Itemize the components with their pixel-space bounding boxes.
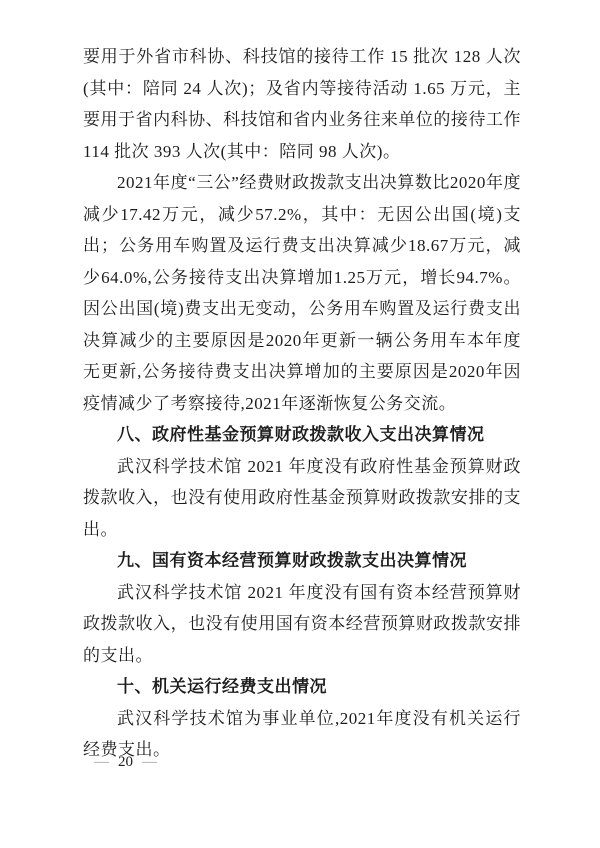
footer-dash-left: — (94, 752, 109, 772)
paragraph-three-public-expenses: 2021年度“三公”经费财政拨款支出决算数比2020年度减少17.42万元，减少… (83, 167, 521, 419)
page-footer: — 20 — (94, 752, 157, 772)
footer-dash-right: — (142, 752, 157, 772)
section-body-government-fund-budget: 武汉科学技术馆 2021 年度没有政府性基金预算财政拨款收入，也没有使用政府性基… (83, 451, 521, 546)
section-heading-state-capital-budget: 九、国有资本经营预算财政拨款支出决算情况 (83, 545, 521, 577)
section-body-state-capital-budget: 武汉科学技术馆 2021 年度没有国有资本经营预算财政拨款收入，也没有使用国有资… (83, 577, 521, 672)
paragraph-reception-continuation: 要用于外省市科协、科技馆的接待工作 15 批次 128 人次(其中：陪同 24 … (83, 41, 521, 167)
page-number: 20 (118, 752, 133, 772)
section-heading-government-fund-budget: 八、政府性基金预算财政拨款收入支出决算情况 (83, 419, 521, 451)
document-page: 要用于外省市科协、科技馆的接待工作 15 批次 128 人次(其中：陪同 24 … (0, 0, 600, 848)
document-body: 要用于外省市科协、科技馆的接待工作 15 批次 128 人次(其中：陪同 24 … (83, 41, 521, 766)
section-heading-agency-operating-expenses: 十、机关运行经费支出情况 (83, 671, 521, 703)
